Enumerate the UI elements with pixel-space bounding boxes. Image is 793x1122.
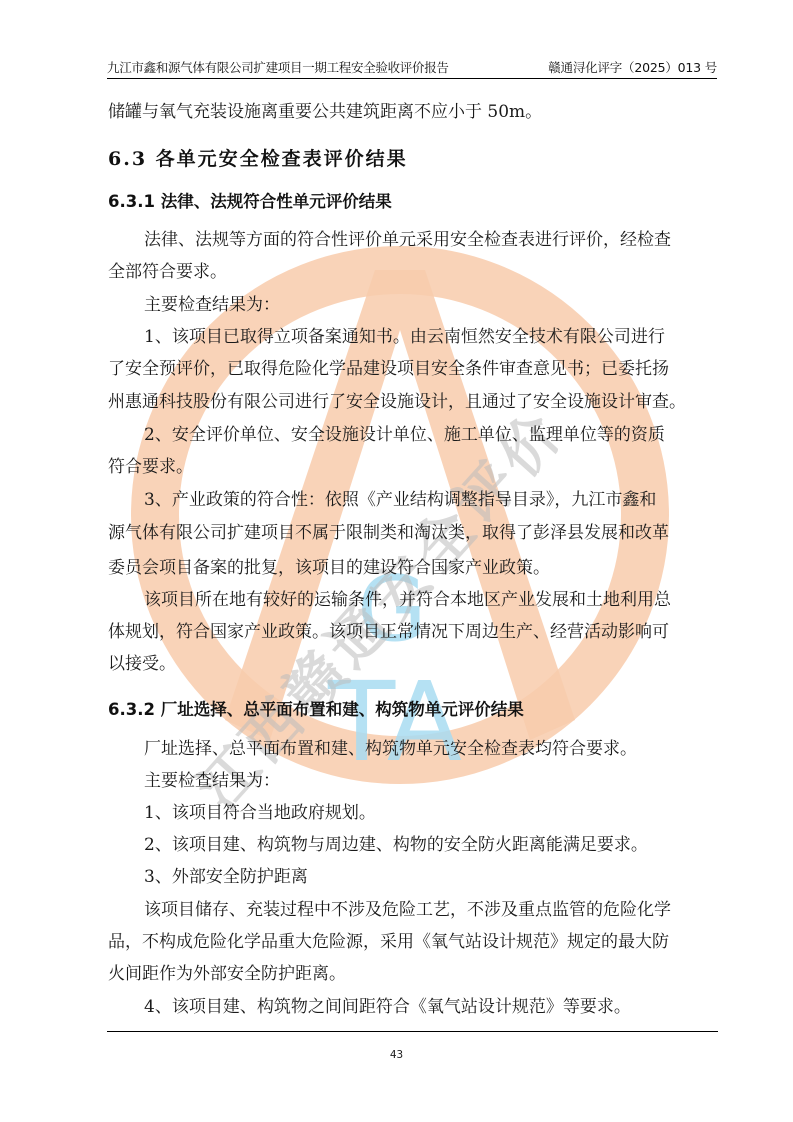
paragraph-line: 法律、法规等方面的符合性评价单元采用安全检查表进行评价，经检查 <box>144 229 671 251</box>
paragraph-line: 该项目所在地有较好的运输条件，并符合本地区产业发展和土地利用总 <box>144 589 671 611</box>
header-report-title: 九江市鑫和源气体有限公司扩建项目一期工程安全验收评价报告 <box>107 58 449 78</box>
paragraph-line: 1、该项目已取得立项备案通知书。由云南恒然安全技术有限公司进行 <box>144 326 665 348</box>
header-doc-number: 赣通浔化评字（2025）013 号 <box>548 58 717 78</box>
paragraph-line: 主要检查结果为： <box>144 294 280 316</box>
paragraph-line: 2、该项目建、构筑物与周边建、构物的安全防火距离能满足要求。 <box>144 834 648 856</box>
paragraph-line: 3、外部安全防护距离 <box>144 866 308 888</box>
paragraph-line: 以接受。 <box>108 653 176 675</box>
paragraph-line: 火间距作为外部安全防护距离。 <box>108 963 346 985</box>
document-page: G TA 江西赣通安全评价 九江市鑫和源气体有限公司扩建项目一期工程安全验收评价… <box>0 0 793 1122</box>
paragraph-line: 4、该项目建、构筑物之间间距符合《氧气站设计规范》等要求。 <box>144 996 631 1018</box>
paragraph-line: 厂址选择、总平面布置和建、构筑物单元安全检查表均符合要求。 <box>144 738 637 760</box>
section-6-3-1-title: 6.3.1 法律、法规符合性单元评价结果 <box>108 188 392 212</box>
paragraph-line: 符合要求。 <box>108 456 193 478</box>
paragraph-line: 主要检查结果为： <box>144 770 280 792</box>
paragraph-line: 州惠通科技股份有限公司进行了安全设施设计，且通过了安全设施设计审查。 <box>108 391 686 413</box>
intro-line: 储罐与氧气充装设施离重要公共建筑距离不应小于 50m。 <box>108 101 542 123</box>
paragraph-line: 体规划，符合国家产业政策。该项目正常情况下周边生产、经营活动影响可 <box>108 621 669 643</box>
page-header: 九江市鑫和源气体有限公司扩建项目一期工程安全验收评价报告 赣通浔化评字（2025… <box>107 58 717 79</box>
paragraph-line: 1、该项目符合当地政府规划。 <box>144 802 376 824</box>
page-number: 43 <box>0 1048 793 1061</box>
paragraph-line: 2、安全评价单位、安全设施设计单位、施工单位、监理单位等的资质 <box>144 424 665 446</box>
paragraph-line: 3、产业政策的符合性：依照《产业结构调整指导目录》，九江市鑫和 <box>144 489 656 511</box>
paragraph-line: 全部符合要求。 <box>108 261 227 283</box>
section-6-3-2-title: 6.3.2 厂址选择、总平面布置和建、构筑物单元评价结果 <box>108 696 524 720</box>
paragraph-line: 源气体有限公司扩建项目不属于限制类和淘汰类，取得了彭泽县发展和改革 <box>108 522 669 544</box>
paragraph-line: 该项目储存、充装过程中不涉及危险工艺，不涉及重点监管的危险化学 <box>144 899 671 921</box>
paragraph-line: 委员会项目备案的批复，该项目的建设符合国家产业政策。 <box>108 557 550 579</box>
footer-divider <box>107 1031 718 1032</box>
paragraph-line: 了安全预评价，已取得危险化学品建设项目安全条件审查意见书；已委托扬 <box>108 358 669 380</box>
section-6-3-title: 6.3 各单元安全检查表评价结果 <box>108 144 408 171</box>
paragraph-line: 品，不构成危险化学品重大危险源，采用《氧气站设计规范》规定的最大防 <box>108 931 669 953</box>
